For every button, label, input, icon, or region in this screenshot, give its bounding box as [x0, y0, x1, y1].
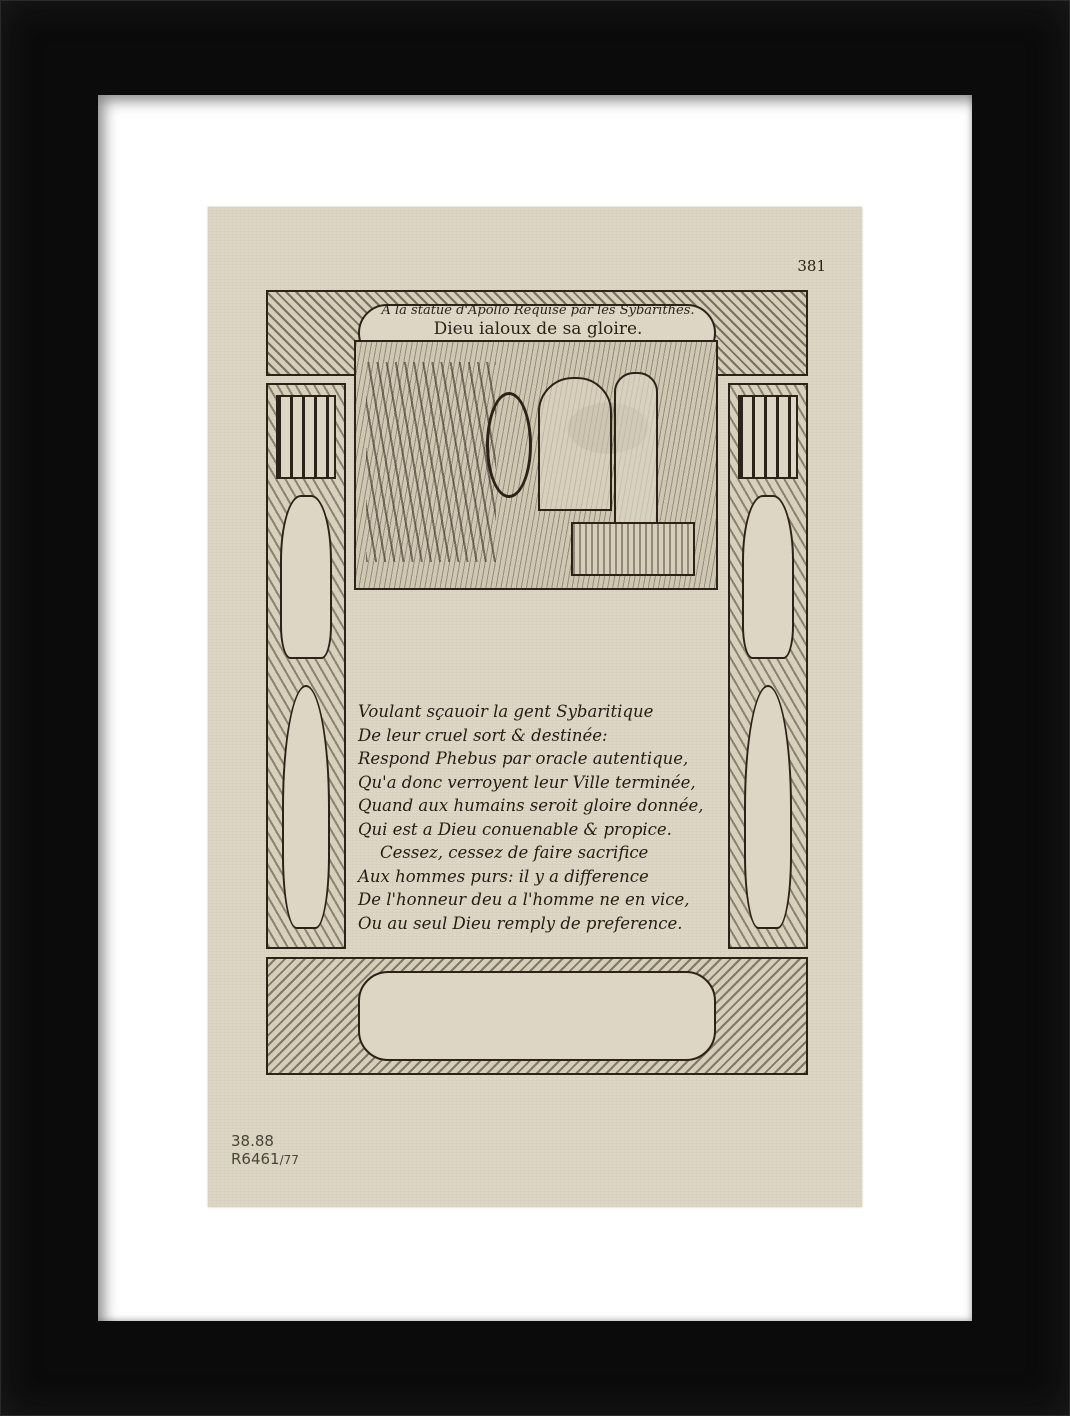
- accession-number: 38.88 R6461/77: [231, 1132, 299, 1169]
- right-caryatid-border: [728, 383, 808, 949]
- print-page: 381 A la statue d'Apollo Requise par les…: [208, 207, 862, 1207]
- verse-line: Qu'a donc verroyent leur Ville terminée,: [358, 771, 728, 795]
- verse-line: Quand aux humains seroit gloire donnée,: [358, 794, 728, 818]
- accession-line-2: R6461: [231, 1150, 280, 1168]
- verse-line: De leur cruel sort & destinée:: [358, 724, 728, 748]
- caryatid-figure: [280, 495, 332, 659]
- picture-frame: 381 A la statue d'Apollo Requise par les…: [0, 0, 1070, 1416]
- altar-pedestal: [571, 522, 695, 576]
- accession-line-1: 38.88: [231, 1132, 299, 1150]
- tower-crown-ornament: [738, 395, 798, 479]
- soldiers-group: [366, 362, 496, 562]
- frieze-cartouche: [358, 971, 716, 1061]
- scroll-ornament: [282, 685, 330, 929]
- verse-line: De l'honneur deu a l'homme ne en vice,: [358, 888, 728, 912]
- caryatid-figure: [742, 495, 794, 659]
- shield-shape: [486, 392, 532, 498]
- apollo-statue: [614, 372, 658, 536]
- left-caryatid-border: [266, 383, 346, 949]
- emblem-subtitle: A la statue d'Apollo Requise par les Syb…: [348, 303, 728, 318]
- page-number: 381: [797, 257, 826, 275]
- emblem-verse: Voulant sçauoir la gent Sybaritique De l…: [358, 700, 728, 935]
- tower-crown-ornament: [276, 395, 336, 479]
- verse-line: Respond Phebus par oracle autentique,: [358, 747, 728, 771]
- verse-line: Ou au seul Dieu remply de preference.: [358, 912, 728, 936]
- verse-line: Voulant sçauoir la gent Sybaritique: [358, 700, 728, 724]
- verse-line: Cessez, cessez de faire sacrifice: [358, 841, 728, 865]
- round-temple: [538, 377, 612, 511]
- emblem-title: Dieu ialoux de sa gloire.: [348, 319, 728, 339]
- bottom-ornamental-frieze: [266, 957, 808, 1075]
- scroll-ornament: [744, 685, 792, 929]
- accession-suffix: /77: [280, 1153, 299, 1167]
- verse-line: Aux hommes purs: il y a difference: [358, 865, 728, 889]
- woodcut-illustration: [354, 340, 718, 590]
- verse-line: Qui est a Dieu conuenable & propice.: [358, 818, 728, 842]
